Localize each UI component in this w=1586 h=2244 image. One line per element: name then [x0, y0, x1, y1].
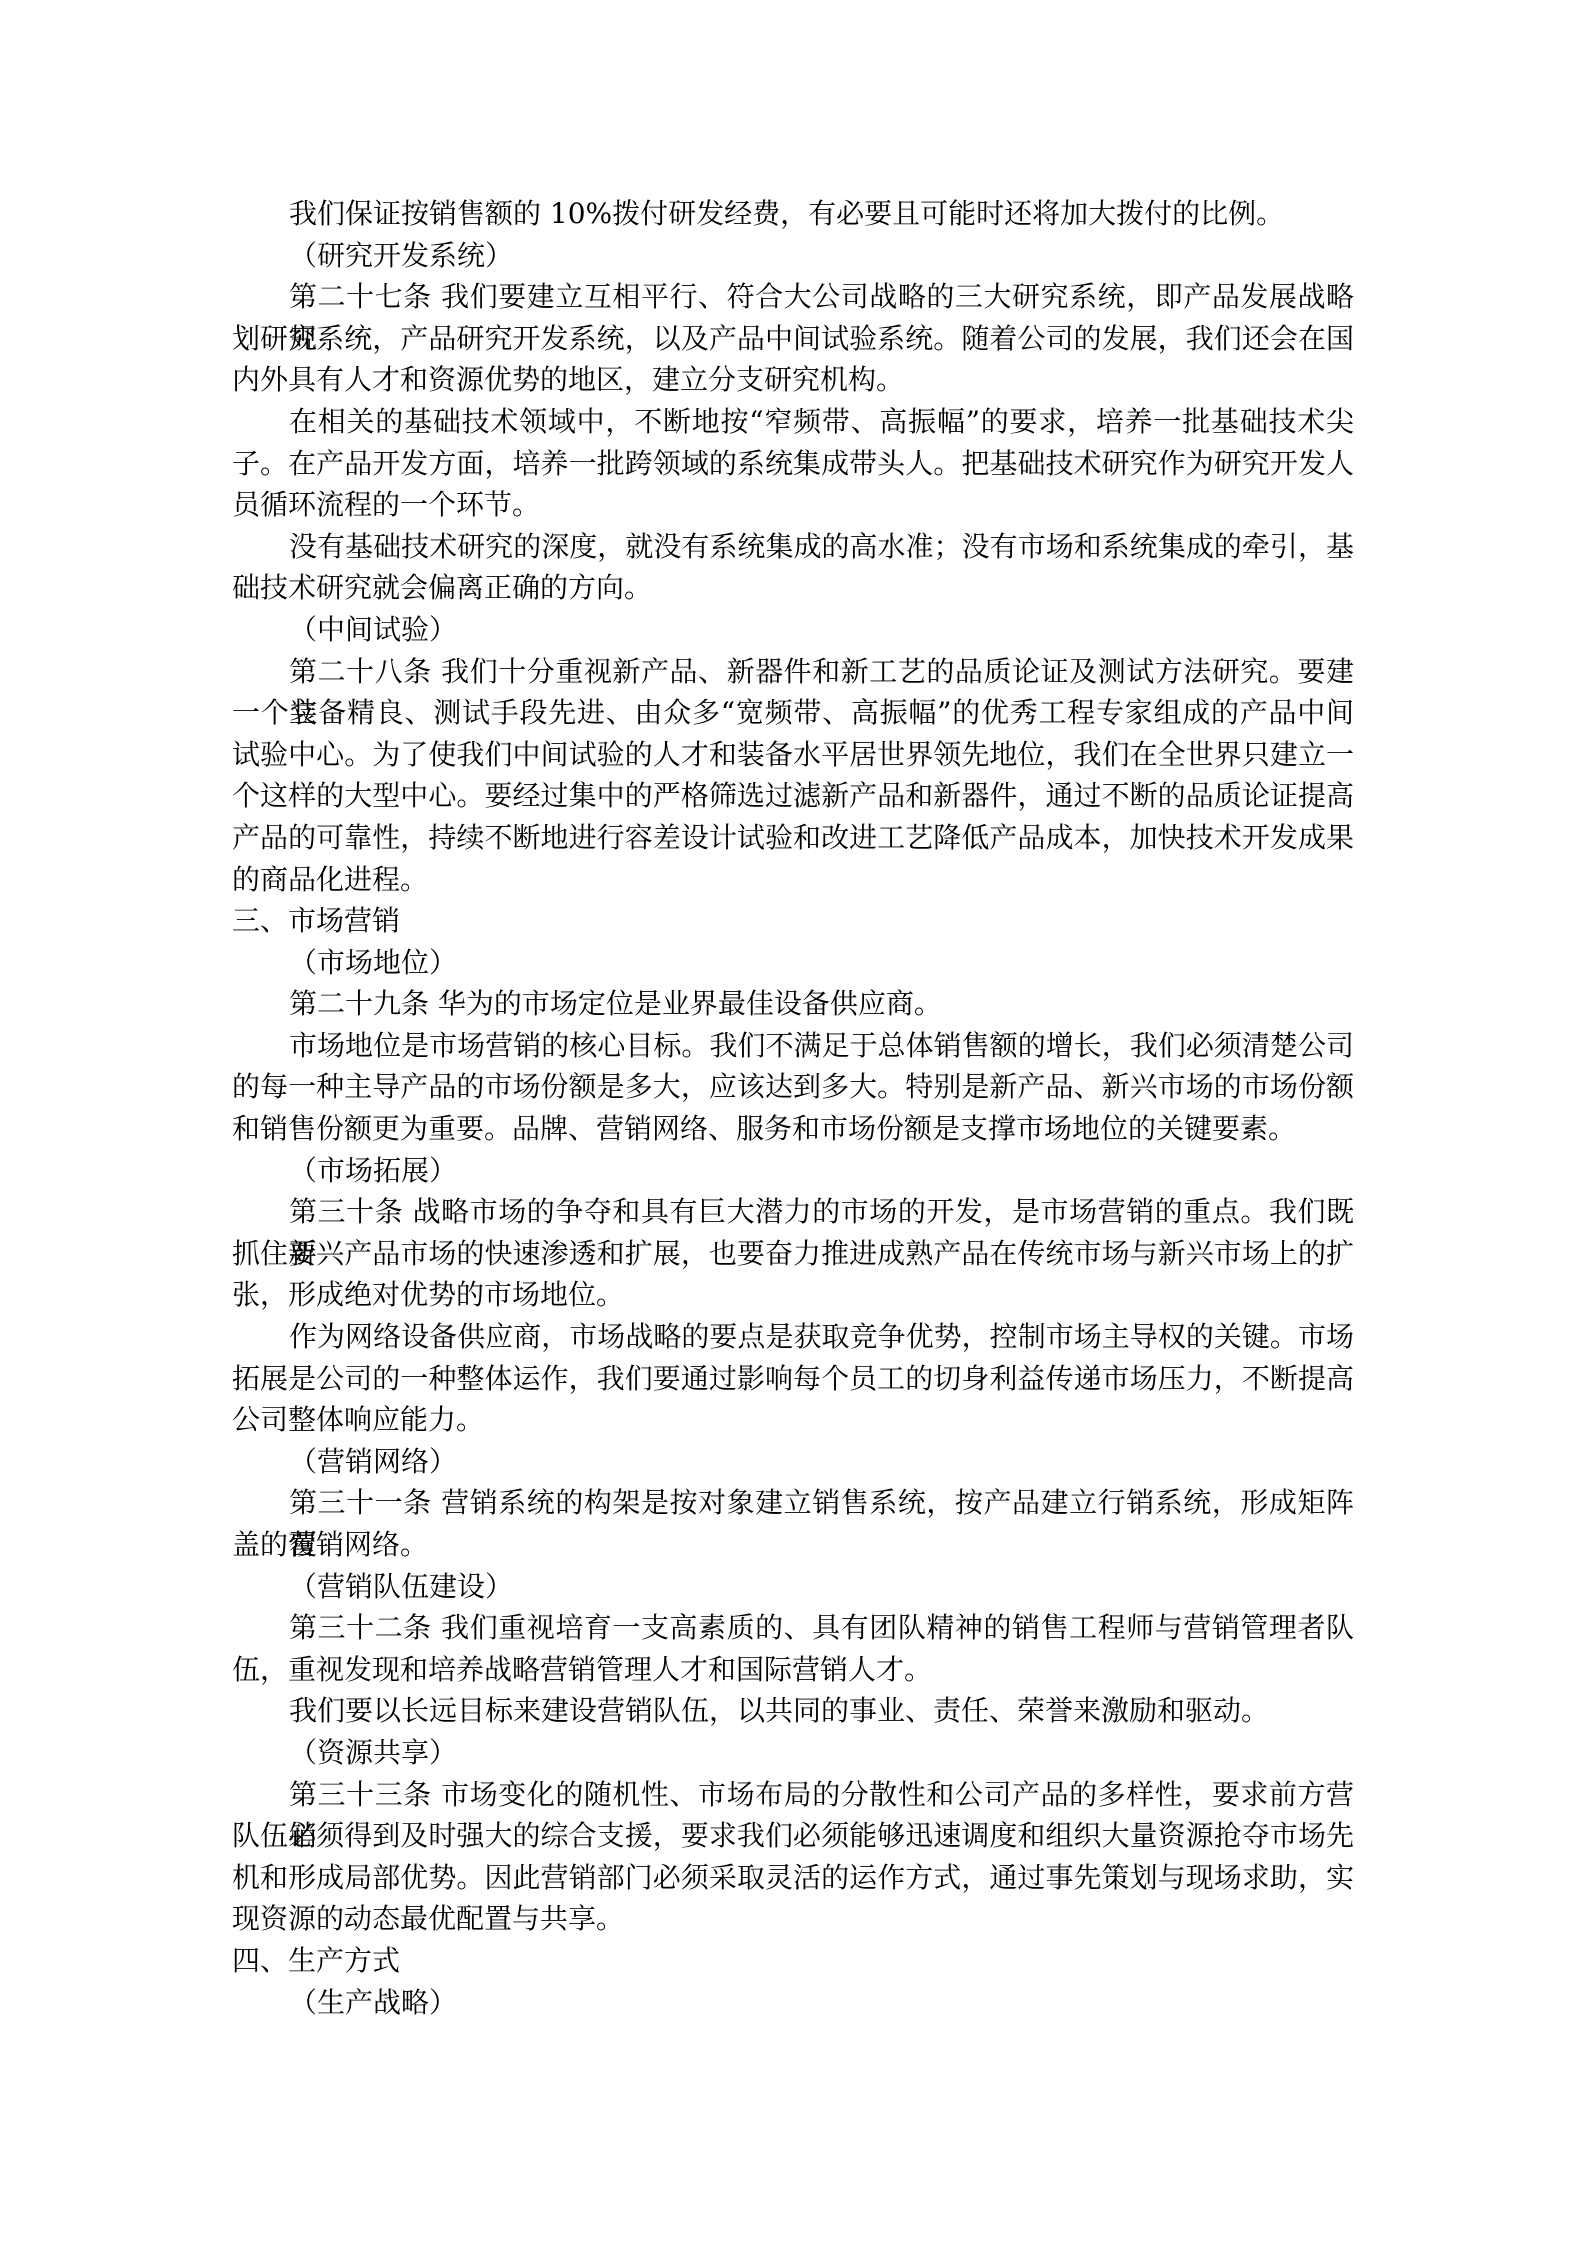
text-line: 子。在产品开发方面，培养一批跨领域的系统集成带头人。把基础技术研究作为研究开发人	[232, 443, 1354, 485]
text-line: 第二十七条 我们要建立互相平行、符合大公司战略的三大研究系统，即产品发展战略规	[289, 276, 1354, 318]
subheading-marketing-network: （营销网络）	[232, 1441, 1354, 1483]
text-line: 市场地位是市场营销的核心目标。我们不满足于总体销售额的增长，我们必须清楚公司	[289, 1025, 1354, 1067]
text-line: 我们要以长远目标来建设营销队伍，以共同的事业、责任、荣誉来激励和驱动。	[289, 1690, 1354, 1732]
subheading-research-system: （研究开发系统）	[232, 235, 1354, 277]
text-line: 盖的营销网络。	[232, 1524, 1354, 1566]
text-line: 内外具有人才和资源优势的地区，建立分支研究机构。	[232, 359, 1354, 401]
subheading-text: （资源共享）	[289, 1732, 1354, 1774]
subheading-production-strategy: （生产战略）	[232, 1982, 1354, 2024]
section-heading-text: 四、生产方式	[232, 1940, 1354, 1982]
article-31: 第三十一条 营销系统的构架是按对象建立销售系统，按产品建立行销系统，形成矩阵覆 …	[232, 1482, 1354, 1565]
section-heading-production: 四、生产方式	[232, 1940, 1354, 1982]
article-30: 第三十条 战略市场的争夺和具有巨大潜力的市场的开发，是市场营销的重点。我们既要 …	[232, 1191, 1354, 1316]
article-29: 第二十九条 华为的市场定位是业界最佳设备供应商。	[232, 983, 1354, 1025]
article-33: 第三十三条 市场变化的随机性、市场布局的分散性和公司产品的多样性，要求前方营销 …	[232, 1774, 1354, 1940]
text-line: 伍，重视发现和培养战略营销管理人才和国际营销人才。	[232, 1649, 1354, 1691]
text-line: 机和形成局部优势。因此营销部门必须采取灵活的运作方式，通过事先策划与现场求助，实	[232, 1857, 1354, 1899]
text-line: 一个装备精良、测试手段先进、由众多“宽频带、高振幅”的优秀工程专家组成的产品中间	[232, 692, 1354, 734]
paragraph: 在相关的基础技术领域中，不断地按“窄频带、高振幅”的要求，培养一批基础技术尖 子…	[232, 401, 1354, 526]
document-page: 我们保证按销售额的 10%拨付研发经费，有必要且可能时还将加大拨付的比例。 （研…	[232, 193, 1354, 2023]
paragraph: 我们保证按销售额的 10%拨付研发经费，有必要且可能时还将加大拨付的比例。	[232, 193, 1354, 235]
text-line: 第二十九条 华为的市场定位是业界最佳设备供应商。	[289, 983, 1354, 1025]
text-line: 第二十八条 我们十分重视新产品、新器件和新工艺的品质论证及测试方法研究。要建立	[289, 651, 1354, 693]
section-heading-text: 三、市场营销	[232, 900, 1354, 942]
text-line: 划研究系统，产品研究开发系统，以及产品中间试验系统。随着公司的发展，我们还会在国	[232, 318, 1354, 360]
subheading-sales-team: （营销队伍建设）	[232, 1566, 1354, 1608]
text-line: 没有基础技术研究的深度，就没有系统集成的高水准；没有市场和系统集成的牵引，基	[289, 526, 1354, 568]
subheading-text: （营销网络）	[289, 1441, 1354, 1483]
subheading-market-expansion: （市场拓展）	[232, 1150, 1354, 1192]
subheading-text: （市场拓展）	[289, 1150, 1354, 1192]
subheading-pilot-test: （中间试验）	[232, 609, 1354, 651]
text-line: 的商品化进程。	[232, 859, 1354, 901]
paragraph: 我们要以长远目标来建设营销队伍，以共同的事业、责任、荣誉来激励和驱动。	[232, 1690, 1354, 1732]
subheading-market-position: （市场地位）	[232, 942, 1354, 984]
text-line: 试验中心。为了使我们中间试验的人才和装备水平居世界领先地位，我们在全世界只建立一	[232, 734, 1354, 776]
paragraph: 作为网络设备供应商，市场战略的要点是获取竞争优势，控制市场主导权的关键。市场 拓…	[232, 1316, 1354, 1441]
subheading-text: （营销队伍建设）	[289, 1566, 1354, 1608]
text-line: 作为网络设备供应商，市场战略的要点是获取竞争优势，控制市场主导权的关键。市场	[289, 1316, 1354, 1358]
text-line: 张，形成绝对优势的市场地位。	[232, 1274, 1354, 1316]
text-line: 我们保证按销售额的 10%拨付研发经费，有必要且可能时还将加大拨付的比例。	[289, 193, 1354, 235]
subheading-text: （市场地位）	[289, 942, 1354, 984]
text-line: 员循环流程的一个环节。	[232, 484, 1354, 526]
text-line: 础技术研究就会偏离正确的方向。	[232, 567, 1354, 609]
text-line: 第三十一条 营销系统的构架是按对象建立销售系统，按产品建立行销系统，形成矩阵覆	[289, 1482, 1354, 1524]
text-line: 公司整体响应能力。	[232, 1399, 1354, 1441]
paragraph: 市场地位是市场营销的核心目标。我们不满足于总体销售额的增长，我们必须清楚公司 的…	[232, 1025, 1354, 1150]
text-line: 队伍必须得到及时强大的综合支援，要求我们必须能够迅速调度和组织大量资源抢夺市场先	[232, 1815, 1354, 1857]
text-line: 和销售份额更为重要。品牌、营销网络、服务和市场份额是支撑市场地位的关键要素。	[232, 1108, 1354, 1150]
text-line: 的每一种主导产品的市场份额是多大，应该达到多大。特别是新产品、新兴市场的市场份额	[232, 1066, 1354, 1108]
subheading-text: （研究开发系统）	[289, 235, 1354, 277]
text-line: 拓展是公司的一种整体运作，我们要通过影响每个员工的切身利益传递市场压力，不断提高	[232, 1358, 1354, 1400]
text-line: 个这样的大型中心。要经过集中的严格筛选过滤新产品和新器件，通过不断的品质论证提高	[232, 775, 1354, 817]
article-32: 第三十二条 我们重视培育一支高素质的、具有团队精神的销售工程师与营销管理者队 伍…	[232, 1607, 1354, 1690]
text-line: 第三十条 战略市场的争夺和具有巨大潜力的市场的开发，是市场营销的重点。我们既要	[289, 1191, 1354, 1233]
text-line: 现资源的动态最优配置与共享。	[232, 1898, 1354, 1940]
text-line: 第三十三条 市场变化的随机性、市场布局的分散性和公司产品的多样性，要求前方营销	[289, 1774, 1354, 1816]
text-line: 抓住新兴产品市场的快速渗透和扩展，也要奋力推进成熟产品在传统市场与新兴市场上的扩	[232, 1233, 1354, 1275]
article-28: 第二十八条 我们十分重视新产品、新器件和新工艺的品质论证及测试方法研究。要建立 …	[232, 651, 1354, 901]
section-heading-marketing: 三、市场营销	[232, 900, 1354, 942]
text-line: 在相关的基础技术领域中，不断地按“窄频带、高振幅”的要求，培养一批基础技术尖	[289, 401, 1354, 443]
text-line: 第三十二条 我们重视培育一支高素质的、具有团队精神的销售工程师与营销管理者队	[289, 1607, 1354, 1649]
subheading-text: （中间试验）	[289, 609, 1354, 651]
subheading-resource-sharing: （资源共享）	[232, 1732, 1354, 1774]
article-27: 第二十七条 我们要建立互相平行、符合大公司战略的三大研究系统，即产品发展战略规 …	[232, 276, 1354, 401]
subheading-text: （生产战略）	[289, 1982, 1354, 2024]
text-line: 产品的可靠性，持续不断地进行容差设计试验和改进工艺降低产品成本，加快技术开发成果	[232, 817, 1354, 859]
paragraph: 没有基础技术研究的深度，就没有系统集成的高水准；没有市场和系统集成的牵引，基 础…	[232, 526, 1354, 609]
